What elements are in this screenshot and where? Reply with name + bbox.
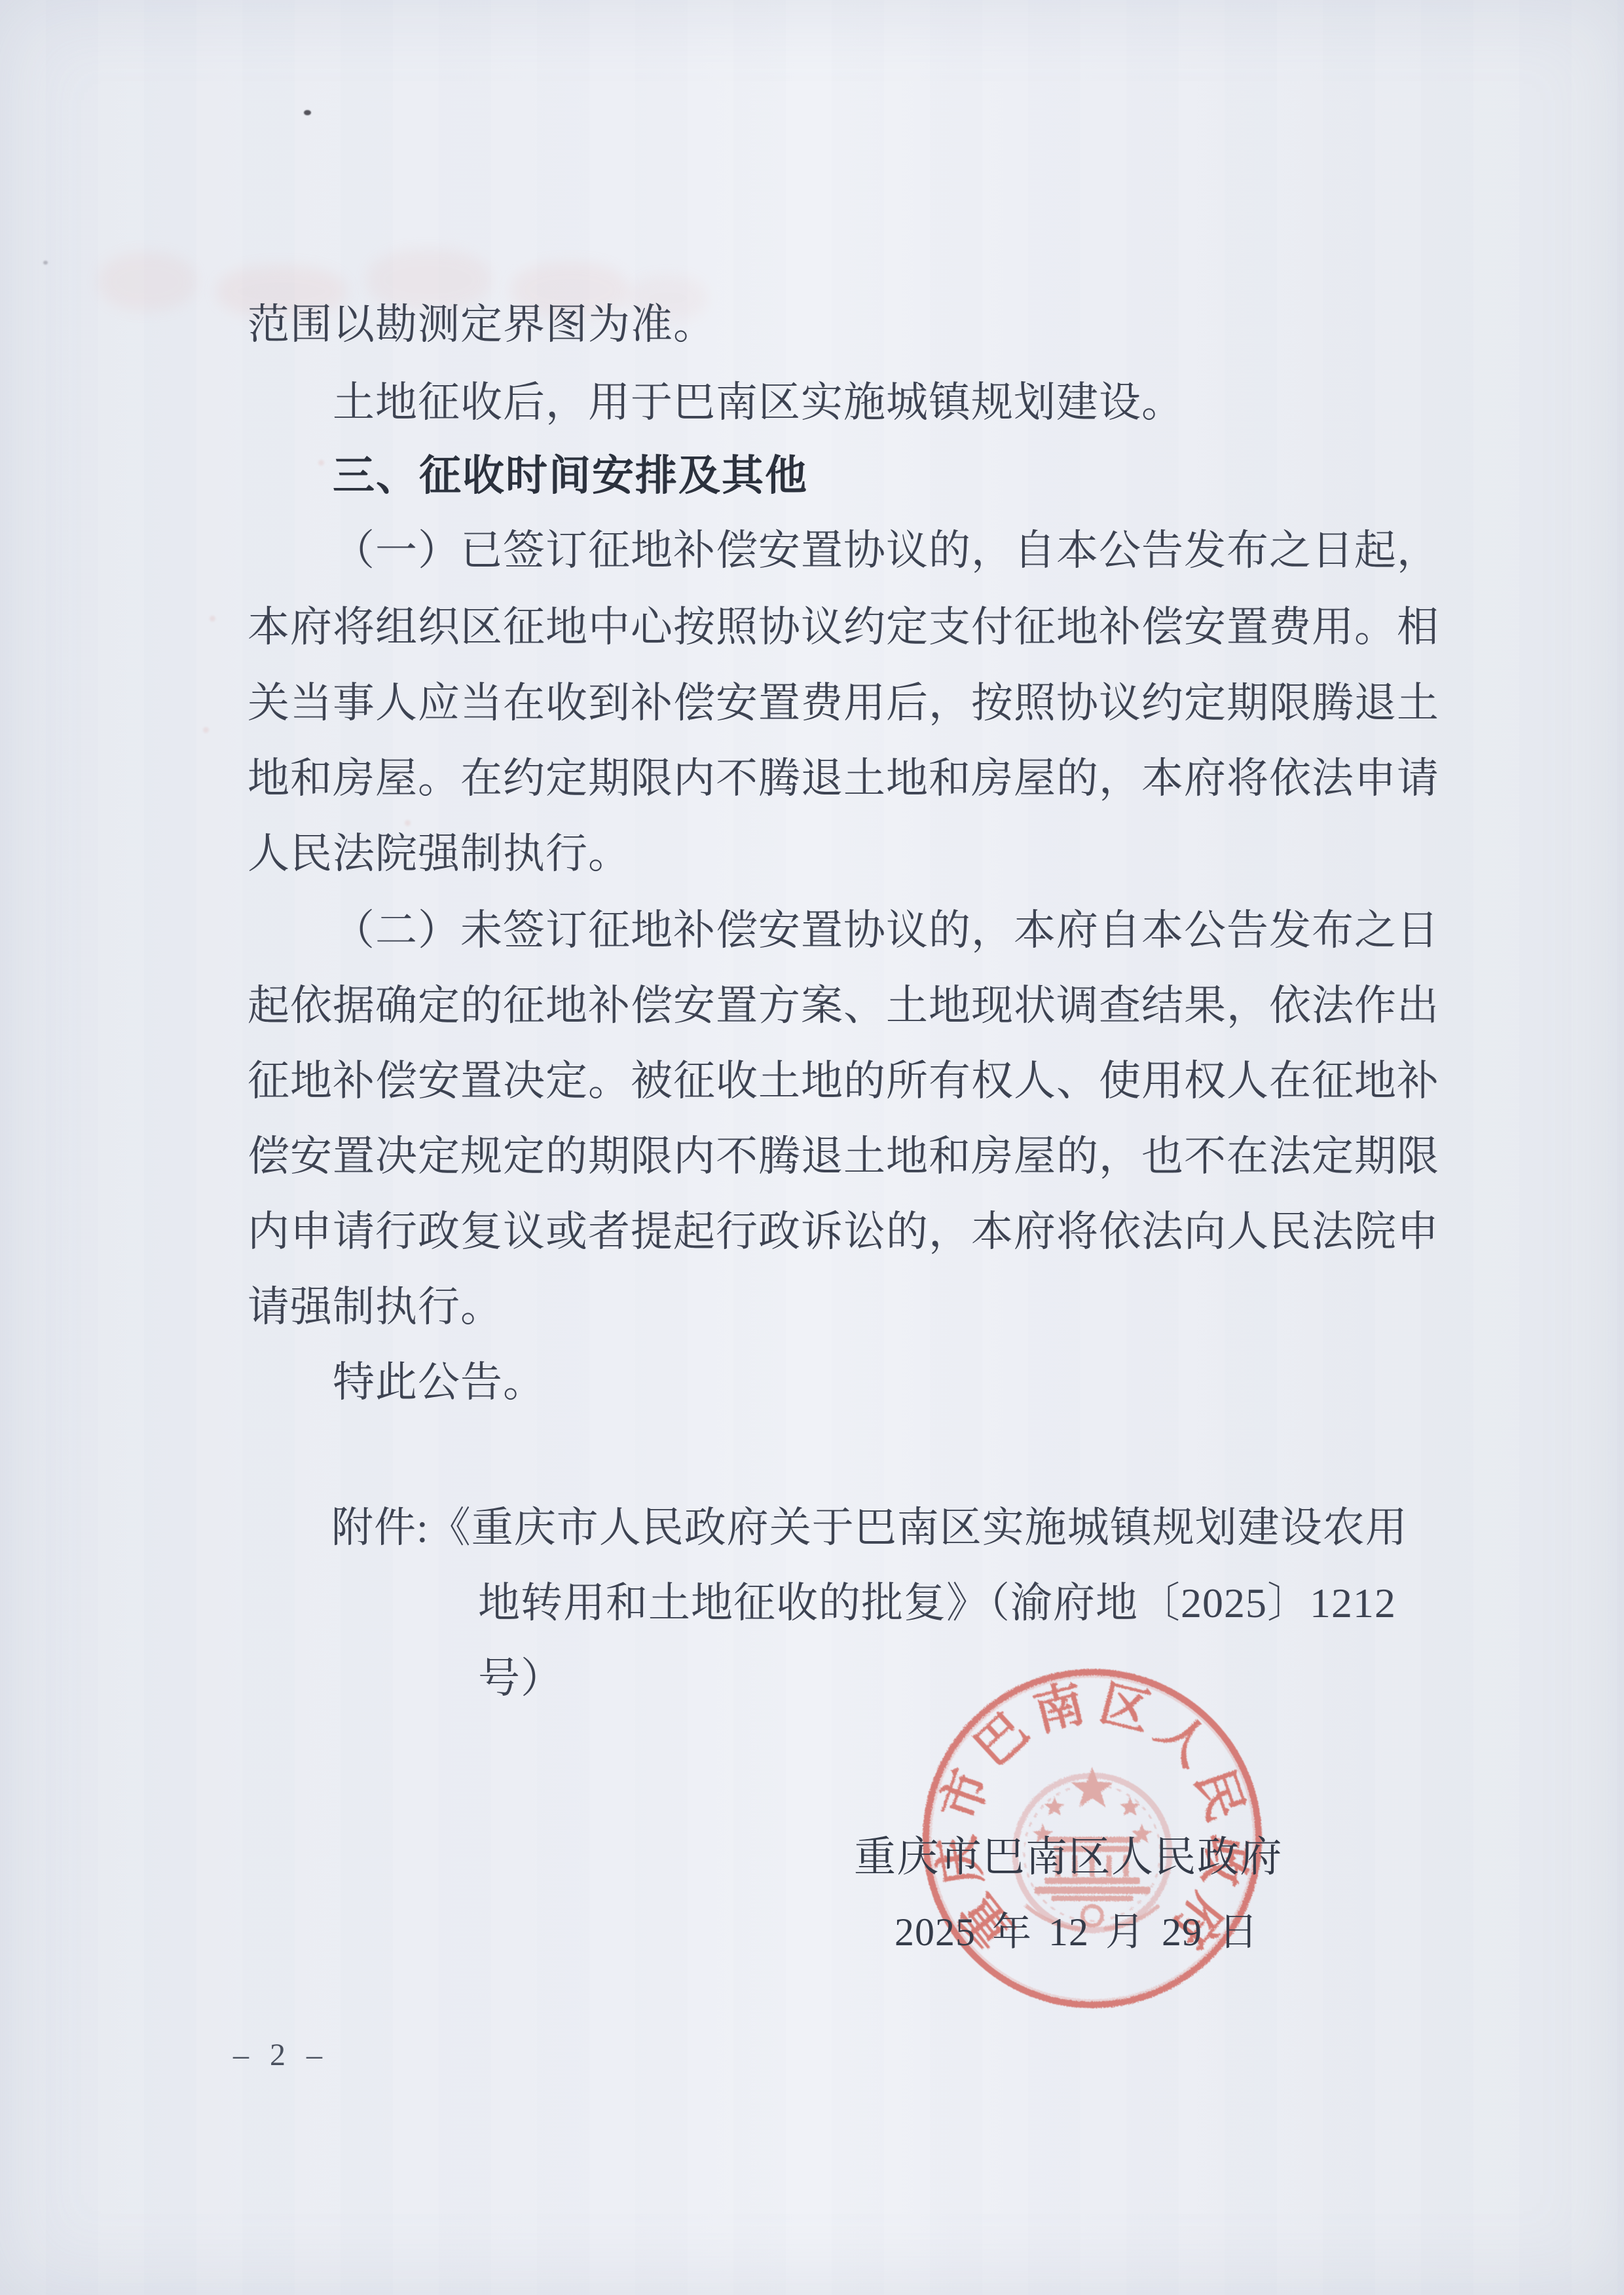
body-line-14: 请强制执行。 [248,1286,1442,1328]
body-line-12: 偿安置决定规定的期限内不腾退土地和房屋的，也不在法定期限 [248,1135,1442,1178]
body-line-7: 地和房屋。在约定期限内不腾退土地和房屋的，本府将依法申请 [248,757,1442,800]
body-line-10: 起依据确定的征地补偿安置方案、土地现状调查结果，依法作出 [248,984,1442,1027]
stamp-bleed-artifact [98,252,196,311]
issuer-signature: 重庆市巴南区人民政府 [854,1823,1283,1884]
body-line-11: 征地补偿安置决定。被征收土地的所有权人、使用权人在征地补 [248,1060,1442,1102]
issue-date: 2025 年 12 月 29 日 [895,1901,1259,1957]
body-line-8: 人民法院强制执行。 [248,832,1442,875]
scan-speck [43,261,48,265]
body-line-6: 关当事人应当在收到补偿安置费用后，按照协议约定期限腾退土 [248,682,1442,724]
closing-line: 特此公告。 [248,1361,1442,1404]
section-heading: 三、征收时间安排及其他 [248,455,1442,498]
scanned-document-page: { "document": { "lines": [ {"text": "范围以… [0,0,1624,2295]
seal-char: 巴 [963,1701,1039,1778]
seal-char: 南 [1028,1673,1091,1742]
seal-char: 人 [1146,1701,1222,1778]
ink-speck [210,616,215,622]
body-line-9: （二）未签订征地补偿安置协议的，本府自本公告发布之日 [248,909,1442,952]
ink-speck [405,820,411,826]
attachment-line-2: 地转用和土地征收的批复》（渝府地〔2025〕1212 [478,1582,1396,1624]
attachment-line-1: 附件:《重庆市人民政府关于巴南区实施城镇规划建设农用 [331,1506,1408,1549]
body-line-5: 本府将组织区征地中心按照协议约定支付征地补偿安置费用。相 [248,606,1442,648]
scan-speck [304,110,311,115]
body-line-13: 内申请行政复议或者提起行政诉讼的，本府将依法向人民法院申 [248,1210,1442,1253]
page-number: – 2 – [233,2037,329,2073]
ink-speck [203,727,209,733]
body-line-2: 土地征收后，用于巴南区实施城镇规划建设。 [248,381,1442,424]
body-line-4: （一）已签订征地补偿安置协议的，自本公告发布之日起， [248,529,1442,572]
attachment-line-3: 号） [478,1657,563,1700]
seal-char: 区 [1094,1673,1157,1742]
body-line-1: 范围以勘测定界图为准。 [248,303,1442,346]
